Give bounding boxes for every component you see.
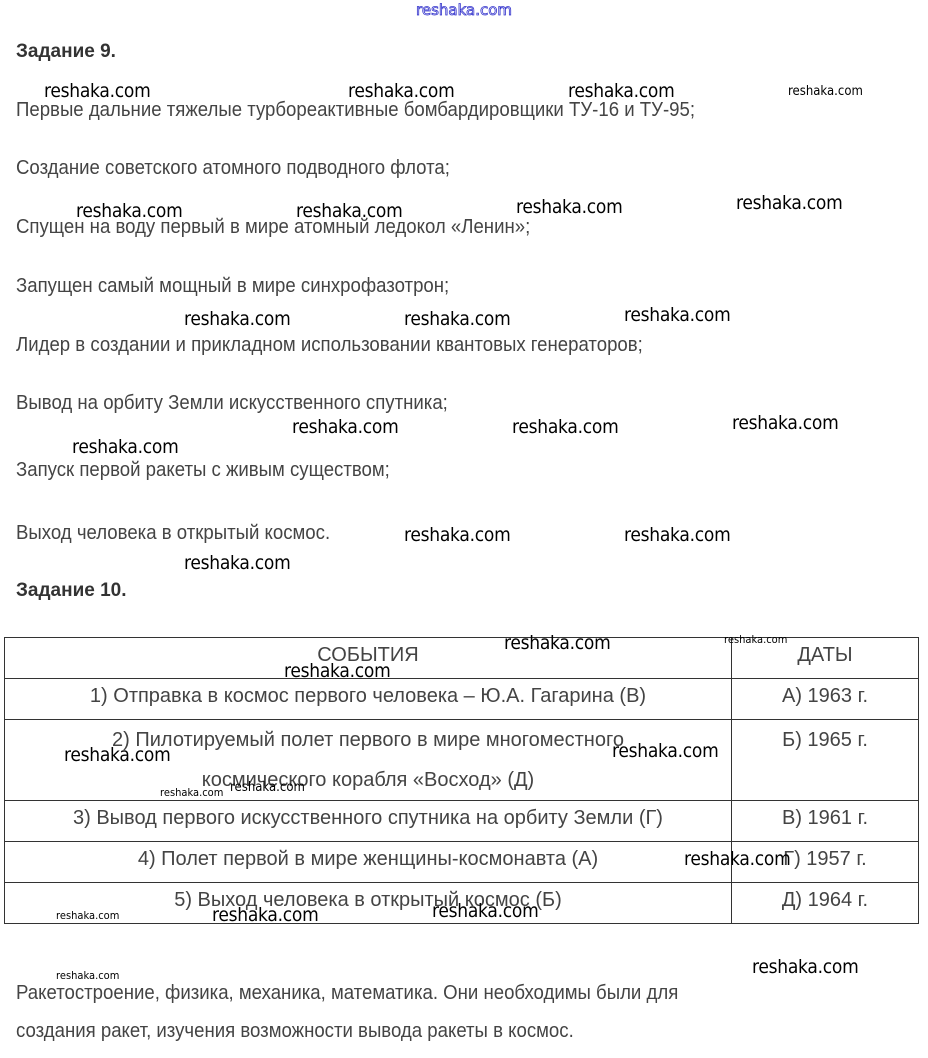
- date-cell: Б) 1965 г.: [732, 720, 919, 801]
- events-dates-table: СОБЫТИЯ ДАТЫ 1) Отправка в космос первог…: [4, 637, 919, 924]
- watermark: reshaka.com: [568, 80, 674, 102]
- task9-line-4: Запущен самый мощный в мире синхрофазотр…: [16, 275, 449, 298]
- watermark: reshaka.com: [684, 848, 790, 870]
- task9-line-7: Запуск первой ракеты с живым существом;: [16, 459, 390, 482]
- event-cell: 3) Вывод первого искусственного спутника…: [5, 801, 732, 842]
- answer-line-1: Ракетостроение, физика, механика, матема…: [16, 982, 678, 1005]
- watermark: reshaka.com: [736, 192, 842, 214]
- watermark: reshaka.com: [404, 308, 510, 330]
- watermark: reshaka.com: [432, 900, 538, 922]
- watermark: reshaka.com: [504, 632, 610, 654]
- watermark: reshaka.com: [56, 969, 119, 982]
- task9-line-8: Выход человека в открытый космос.: [16, 522, 330, 545]
- task10-title: Задание 10.: [16, 580, 127, 602]
- watermark: reshaka.com: [212, 904, 318, 926]
- answer-line-2: создания ракет, изучения возможности выв…: [16, 1020, 574, 1043]
- watermark: reshaka.com: [72, 436, 178, 458]
- watermark: reshaka.com: [292, 416, 398, 438]
- date-cell: А) 1963 г.: [732, 679, 919, 720]
- watermark: reshaka.com: [516, 196, 622, 218]
- top-watermark: reshaka.com: [416, 1, 512, 19]
- watermark: reshaka.com: [296, 200, 402, 222]
- watermark: reshaka.com: [284, 660, 390, 682]
- task9-line-2: Создание советского атомного подводного …: [16, 157, 450, 180]
- watermark: reshaka.com: [512, 416, 618, 438]
- watermark: reshaka.com: [788, 84, 863, 99]
- task9-line-6: Вывод на орбиту Земли искусственного спу…: [16, 392, 448, 415]
- watermark: reshaka.com: [76, 200, 182, 222]
- watermark: reshaka.com: [230, 780, 305, 795]
- event-cell: 1) Отправка в космос первого человека – …: [5, 679, 732, 720]
- watermark: reshaka.com: [732, 412, 838, 434]
- watermark: reshaka.com: [348, 80, 454, 102]
- event-line-2: космического корабля «Восход» (Д): [13, 760, 723, 800]
- watermark: reshaka.com: [624, 304, 730, 326]
- watermark: reshaka.com: [44, 80, 150, 102]
- watermark: reshaka.com: [184, 552, 290, 574]
- watermark: reshaka.com: [624, 524, 730, 546]
- watermark: reshaka.com: [64, 744, 170, 766]
- table-row: 3) Вывод первого искусственного спутника…: [5, 801, 919, 842]
- task9-title: Задание 9.: [16, 41, 116, 63]
- table-row: 1) Отправка в космос первого человека – …: [5, 679, 919, 720]
- watermark: reshaka.com: [724, 633, 787, 646]
- watermark: reshaka.com: [404, 524, 510, 546]
- date-cell: В) 1961 г.: [732, 801, 919, 842]
- watermark: reshaka.com: [184, 308, 290, 330]
- watermark: reshaka.com: [160, 786, 223, 799]
- task9-line-1: Первые дальние тяжелые турбореактивные б…: [16, 99, 695, 122]
- task9-line-5: Лидер в создании и прикладном использова…: [16, 334, 643, 357]
- date-cell: Д) 1964 г.: [732, 883, 919, 924]
- watermark: reshaka.com: [752, 956, 858, 978]
- watermark: reshaka.com: [612, 740, 718, 762]
- event-cell: 4) Полет первой в мире женщины-космонавт…: [5, 842, 732, 883]
- watermark: reshaka.com: [56, 909, 119, 922]
